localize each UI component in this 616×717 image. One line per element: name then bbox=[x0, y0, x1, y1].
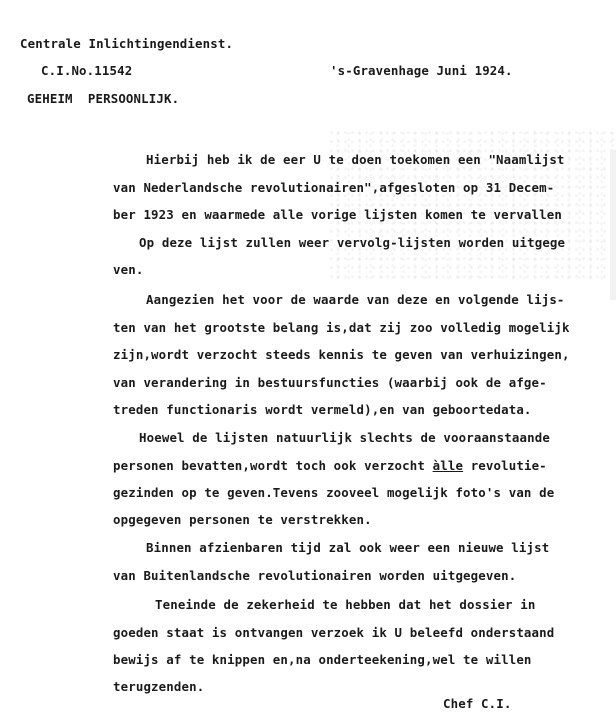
body-line: Teneinde de zekerheid te hebben dat het … bbox=[155, 597, 536, 613]
body-line: Op deze lijst zullen weer vervolg-lijste… bbox=[139, 235, 565, 251]
place-date: 's-Gravenhage Juni 1924. bbox=[330, 63, 513, 79]
underlined-word: àlle bbox=[433, 458, 463, 473]
body-line: opgegeven personen te verstrekken. bbox=[113, 512, 372, 528]
body-line: Aangezien het voor de waarde van deze en… bbox=[146, 292, 565, 308]
body-line: Hierbij heb ik de eer U te doen toekomen… bbox=[146, 152, 565, 168]
organization-name: Centrale Inlichtingendienst. bbox=[20, 36, 233, 52]
body-line: gezinden op te geven.Tevens zooveel moge… bbox=[113, 485, 554, 501]
body-line: van verandering in bestuursfuncties (waa… bbox=[113, 375, 547, 391]
body-line: zijn,wordt verzocht steeds kennis te gev… bbox=[113, 347, 570, 363]
body-line: goeden staat is ontvangen verzoek ik U b… bbox=[113, 625, 554, 641]
body-line: bewijs af te knippen en,na onderteekenin… bbox=[113, 652, 532, 668]
body-line: ber 1923 en waarmede alle vorige lijsten… bbox=[113, 207, 562, 223]
body-line: van Buitenlandsche revolutionairen worde… bbox=[113, 568, 516, 584]
body-line: van Nederlandsche revolutionairen",afges… bbox=[113, 180, 554, 196]
reference-number: C.I.No.11542 bbox=[41, 63, 132, 79]
body-line: personen bevatten,wordt toch ook verzoch… bbox=[113, 458, 547, 474]
body-line: ten van het grootste belang is,dat zij z… bbox=[113, 320, 570, 336]
text-segment: personen bevatten,wordt toch ook verzoch… bbox=[113, 458, 433, 473]
page-edge bbox=[610, 150, 616, 300]
body-line: treden functionaris wordt vermeld),en va… bbox=[113, 402, 532, 418]
classification: GEHEIM PERSOONLIJK. bbox=[27, 91, 179, 107]
body-line: ven. bbox=[113, 262, 143, 278]
text-segment: revolutie- bbox=[463, 458, 547, 473]
scanned-letter: Centrale Inlichtingendienst. C.I.No.1154… bbox=[0, 0, 616, 717]
body-line: Binnen afzienbaren tijd zal ook weer een… bbox=[146, 540, 549, 556]
body-line: terugzenden. bbox=[113, 679, 204, 695]
signature: Chef C.I. bbox=[443, 696, 512, 712]
body-line: Hoewel de lijsten natuurlijk slechts de … bbox=[139, 430, 550, 446]
